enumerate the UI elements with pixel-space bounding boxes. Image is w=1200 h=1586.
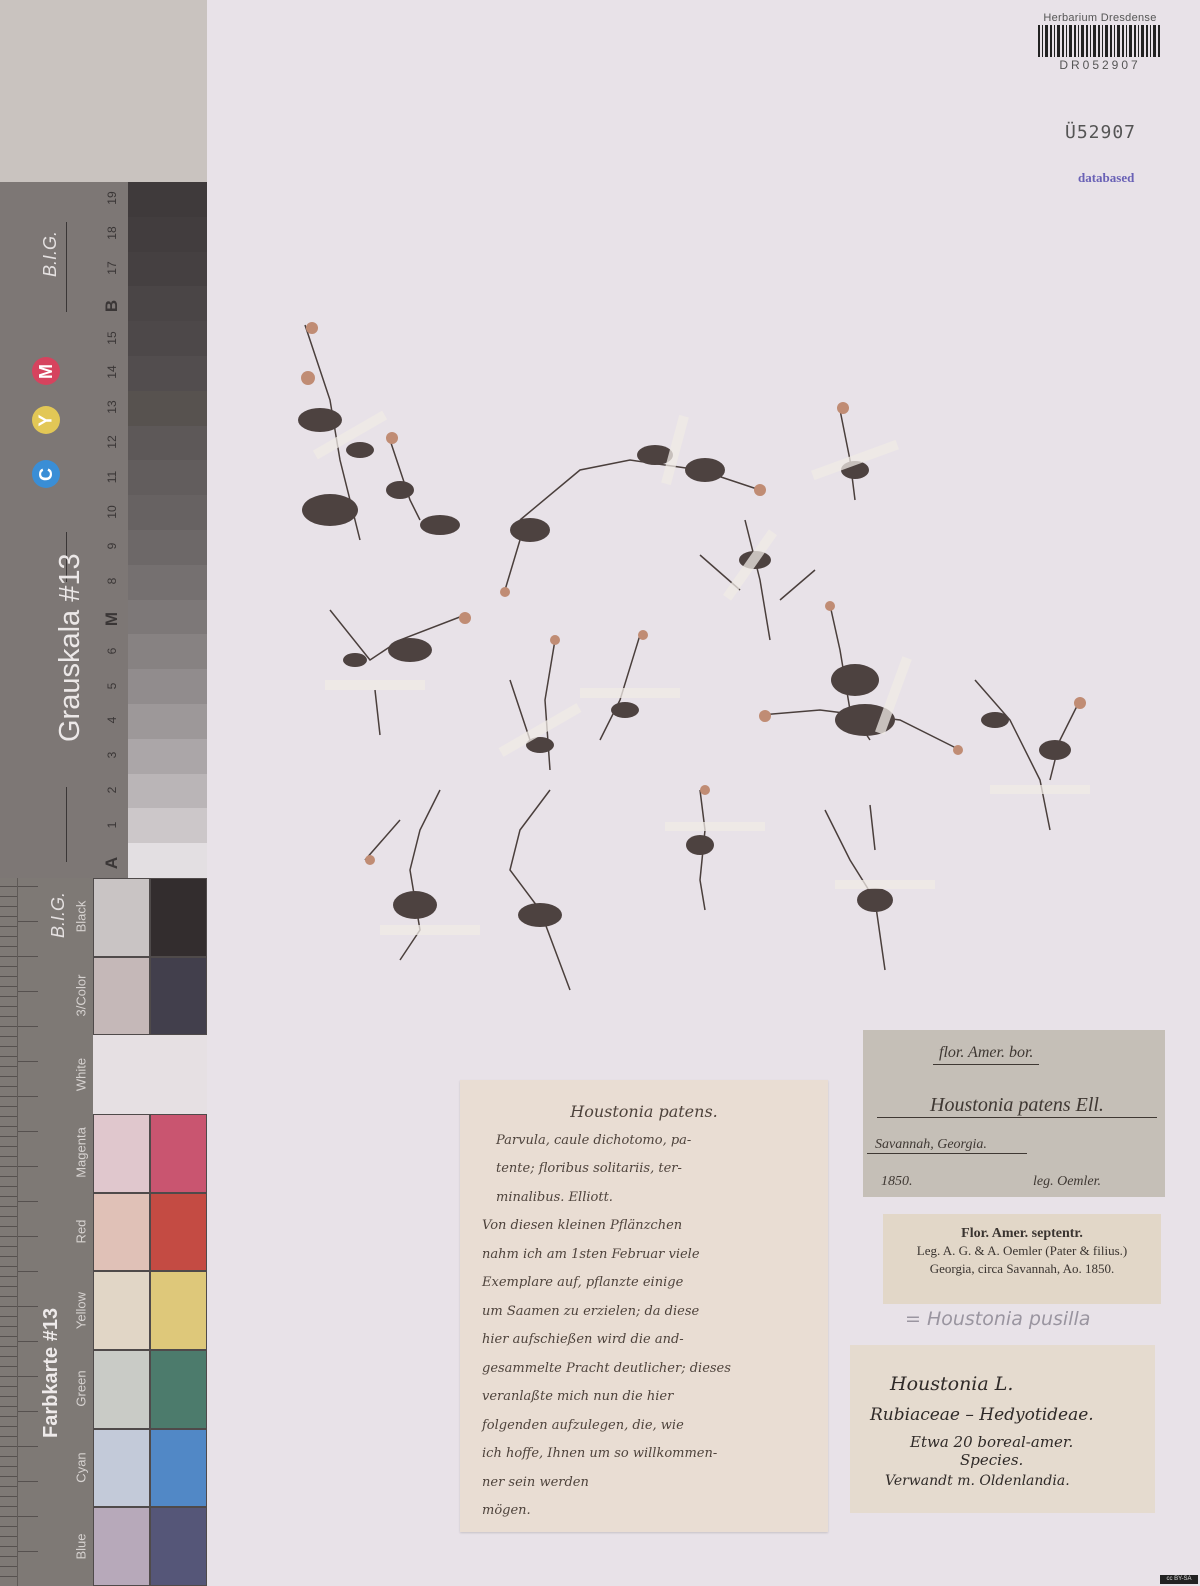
grey-step-label: 4 bbox=[105, 710, 119, 730]
printed-collector: Leg. A. G. & A. Oemler (Pater & filius.) bbox=[883, 1242, 1161, 1260]
color-patches bbox=[93, 878, 207, 1586]
grey-step-label: 11 bbox=[105, 467, 119, 487]
grey-scale-chart: B.I.G. Grauskala #13 C Y M A123456M89101… bbox=[0, 182, 207, 878]
letter-line: minalibus. Elliott. bbox=[482, 1184, 806, 1213]
grey-step-label: 2 bbox=[105, 780, 119, 800]
letter-line: nahm ich am 1sten Februar viele bbox=[482, 1241, 806, 1270]
taxon-name: Houstonia patens Ell. bbox=[877, 1094, 1157, 1118]
grey-swatch bbox=[128, 739, 207, 774]
color-patch-light bbox=[93, 1114, 150, 1193]
color-patch-light bbox=[93, 1271, 150, 1350]
color-patch-label: Blue bbox=[74, 1511, 89, 1581]
barcode-number: DR052907 bbox=[1030, 58, 1170, 72]
grey-swatch bbox=[128, 182, 207, 217]
barcode-icon bbox=[1038, 25, 1162, 57]
grey-step-label: 1 bbox=[105, 815, 119, 835]
letter-line: ner sein werden bbox=[482, 1469, 806, 1498]
grey-swatch bbox=[128, 600, 207, 635]
species-word: Species. bbox=[960, 1451, 1023, 1469]
color-patch-label: Red bbox=[74, 1197, 89, 1267]
grey-swatch bbox=[128, 704, 207, 739]
color-chart: Farbkarte #13 B.I.G. Black3/ColorWhiteMa… bbox=[0, 878, 207, 1586]
collection-label-grey: flor. Amer. bor. Houstonia patens Ell. S… bbox=[863, 1030, 1165, 1197]
color-patch-label: Yellow bbox=[74, 1275, 89, 1345]
color-chart-title: Farbkarte #13 bbox=[40, 1308, 63, 1438]
color-patch-dark bbox=[150, 1350, 207, 1429]
yellow-badge-icon: Y bbox=[32, 406, 60, 434]
grey-swatch bbox=[128, 286, 207, 321]
license-badge: cc BY-SA bbox=[1160, 1575, 1198, 1584]
barcode-label: Herbarium Dresdense DR052907 bbox=[1030, 12, 1170, 72]
grey-swatch bbox=[128, 808, 207, 843]
color-patch-white bbox=[93, 1035, 207, 1114]
collection-year: 1850. bbox=[881, 1174, 913, 1190]
grey-swatch bbox=[128, 530, 207, 565]
flora-header: flor. Amer. bor. bbox=[933, 1044, 1039, 1065]
letter-line: ich hoffe, Ihnen um so willkommen- bbox=[482, 1440, 806, 1469]
grey-step-label: 13 bbox=[105, 397, 119, 417]
collector: leg. Oemler. bbox=[1033, 1174, 1101, 1190]
cyan-badge-icon: C bbox=[32, 460, 60, 488]
relation-note: Verwandt m. Oldenlandia. bbox=[885, 1473, 1070, 1489]
plant-specimens bbox=[270, 300, 1120, 1020]
letter-line: hier aufschießen wird die and- bbox=[482, 1326, 806, 1355]
collection-label-printed: Flor. Amer. septentr. Leg. A. G. & A. Oe… bbox=[883, 1214, 1161, 1304]
color-patch-label: Cyan bbox=[74, 1433, 89, 1503]
grey-swatch bbox=[128, 252, 207, 287]
grey-step-label: 6 bbox=[105, 641, 119, 661]
color-patch-dark bbox=[150, 957, 207, 1036]
grey-swatch bbox=[128, 460, 207, 495]
color-patch-light bbox=[93, 1193, 150, 1272]
grey-swatch bbox=[128, 634, 207, 669]
grey-swatch bbox=[128, 356, 207, 391]
grey-step-label: 18 bbox=[105, 223, 119, 243]
divider bbox=[66, 787, 67, 862]
letter-line: um Saamen zu erzielen; da diese bbox=[482, 1298, 806, 1327]
grey-step-label: 15 bbox=[105, 328, 119, 348]
color-patch-dark bbox=[150, 878, 207, 957]
magenta-badge-icon: M bbox=[32, 357, 60, 385]
printed-locality: Georgia, circa Savannah, Ao. 1850. bbox=[883, 1260, 1161, 1278]
color-patch-light bbox=[93, 1429, 150, 1508]
letter-line: veranlaßte mich nun die hier bbox=[482, 1383, 806, 1412]
grey-step-label: 10 bbox=[105, 502, 119, 522]
letter-line: mögen. bbox=[482, 1497, 806, 1526]
color-patch-dark bbox=[150, 1271, 207, 1350]
letter-line: gesammelte Pracht deutlicher; dieses bbox=[482, 1355, 806, 1384]
color-patch-dark bbox=[150, 1193, 207, 1272]
grey-swatch bbox=[128, 669, 207, 704]
grey-swatch bbox=[128, 565, 207, 600]
accession-stamp: Ü52907 bbox=[1065, 122, 1136, 143]
grey-step-label: 5 bbox=[105, 676, 119, 696]
color-patch-dark bbox=[150, 1507, 207, 1586]
grey-step-label: B bbox=[102, 296, 122, 316]
divider bbox=[66, 222, 67, 312]
brand-label: B.I.G. bbox=[48, 892, 69, 938]
grey-scale-swatches bbox=[128, 182, 207, 878]
color-patch-label: 3/Color bbox=[74, 961, 89, 1031]
color-patch-label: Black bbox=[74, 882, 89, 952]
printed-header: Flor. Amer. septentr. bbox=[883, 1226, 1161, 1242]
color-patch-label: Magenta bbox=[74, 1118, 89, 1188]
letter-line: Parvula, caule dichotomo, pa- bbox=[482, 1127, 806, 1156]
grey-step-label: 19 bbox=[105, 188, 119, 208]
grey-step-label: 3 bbox=[105, 745, 119, 765]
grey-swatch bbox=[128, 321, 207, 356]
grey-swatch bbox=[128, 217, 207, 252]
grey-step-label: 17 bbox=[105, 258, 119, 278]
letter-title: Houstonia patens. bbox=[482, 1098, 806, 1127]
backing-card bbox=[0, 0, 207, 182]
grey-swatch bbox=[128, 843, 207, 878]
color-patch-light bbox=[93, 878, 150, 957]
databased-stamp: databased bbox=[1078, 170, 1134, 186]
color-patch-dark bbox=[150, 1114, 207, 1193]
grey-swatch bbox=[128, 426, 207, 461]
color-patch-light bbox=[93, 957, 150, 1036]
letter-line: tente; floribus solitariis, ter- bbox=[482, 1155, 806, 1184]
grey-scale-title: Grauskala #13 bbox=[54, 553, 87, 742]
grey-step-label: 8 bbox=[105, 571, 119, 591]
handwritten-letter: Houstonia patens.Parvula, caule dichotom… bbox=[460, 1080, 828, 1532]
genus-label: Houstonia L. Rubiaceae – Hedyotideae. Et… bbox=[850, 1345, 1155, 1513]
grey-swatch bbox=[128, 391, 207, 426]
locality: Savannah, Georgia. bbox=[867, 1137, 1027, 1154]
genus-name: Houstonia L. bbox=[890, 1373, 1013, 1395]
grey-swatch bbox=[128, 495, 207, 530]
color-patch-light bbox=[93, 1350, 150, 1429]
color-patch-light bbox=[93, 1507, 150, 1586]
grey-step-label: A bbox=[102, 853, 122, 873]
family-name: Rubiaceae – Hedyotideae. bbox=[870, 1405, 1094, 1425]
grey-step-label: M bbox=[102, 609, 122, 629]
grey-step-label: 14 bbox=[105, 362, 119, 382]
ruler-cm bbox=[18, 878, 38, 1586]
grey-step-label: 9 bbox=[105, 536, 119, 556]
ruler bbox=[0, 878, 18, 1586]
color-patch-label: White bbox=[74, 1039, 89, 1109]
grey-step-label: 12 bbox=[105, 432, 119, 452]
color-patch-label: Green bbox=[74, 1354, 89, 1424]
letter-line: Von diesen kleinen Pflänzchen bbox=[482, 1212, 806, 1241]
color-patch-dark bbox=[150, 1429, 207, 1508]
letter-line: Exemplare auf, pflanzte einige bbox=[482, 1269, 806, 1298]
letter-line: folgenden aufzulegen, die, wie bbox=[482, 1412, 806, 1441]
grey-swatch bbox=[128, 774, 207, 809]
institution-name: Herbarium Dresdense bbox=[1030, 12, 1170, 24]
brand-label: B.I.G. bbox=[40, 231, 61, 277]
species-count: Etwa 20 boreal-amer. bbox=[910, 1433, 1073, 1451]
determination-annotation: = Houstonia pusilla bbox=[905, 1308, 1090, 1330]
